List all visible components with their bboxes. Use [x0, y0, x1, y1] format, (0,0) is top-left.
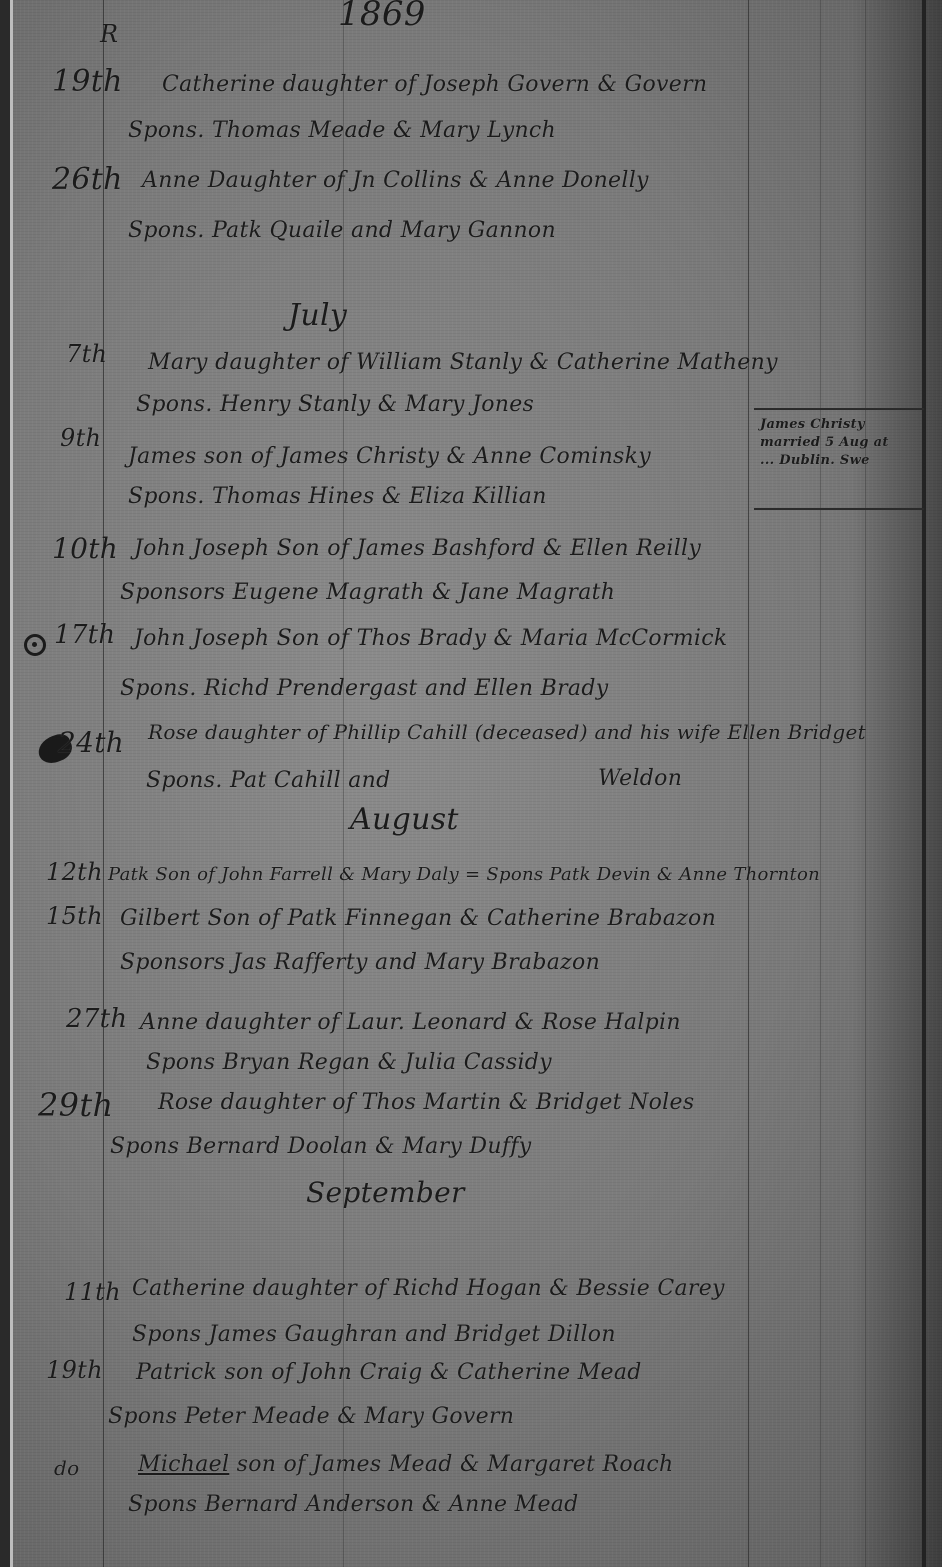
entry-date: 11th: [64, 1278, 121, 1306]
entry-child-name: Michael: [138, 1452, 229, 1477]
entry-text: James son of James Christy & Anne Comins…: [128, 444, 651, 469]
entry-text: Rose daughter of Thos Martin & Bridget N…: [158, 1090, 694, 1115]
month-heading-august: August: [350, 802, 459, 837]
margin-note-text: James Christy married 5 Aug at ... Dubli…: [760, 416, 900, 470]
entry-text: Patk Son of John Farrell & Mary Daly = S…: [108, 864, 820, 885]
entry-text-wrapper: Michael son of James Mead & Margaret Roa…: [138, 1452, 673, 1477]
entry-sponsors: Spons Bernard Anderson & Anne Mead: [128, 1492, 579, 1517]
corner-mark: R: [100, 20, 118, 48]
entry-sponsors: Spons Bryan Regan & Julia Cassidy: [146, 1050, 552, 1075]
entry-text: John Joseph Son of James Bashford & Elle…: [134, 536, 701, 561]
entry-sponsors: Spons. Thomas Hines & Eliza Killian: [128, 484, 547, 509]
page-shadow: [852, 0, 942, 1567]
entry-date: 19th: [46, 1356, 103, 1384]
entry-text: Catherine daughter of Richd Hogan & Bess…: [132, 1276, 725, 1301]
entry-text: son of James Mead & Margaret Roach: [237, 1452, 674, 1477]
entry-text: Mary daughter of William Stanly & Cather…: [148, 350, 778, 375]
column-rule: [748, 0, 749, 1567]
entry-date: 10th: [52, 532, 118, 565]
entry-date: 17th: [54, 620, 115, 650]
entry-text: Anne Daughter of Jn Collins & Anne Donel…: [142, 168, 649, 193]
entry-sponsors: Sponsors Jas Rafferty and Mary Brabazon: [120, 950, 600, 975]
entry-sponsors: Spons. Thomas Meade & Mary Lynch: [128, 118, 556, 143]
entry-sponsors: Spons. Patk Quaile and Mary Gannon: [128, 218, 556, 243]
entry-text: Catherine daughter of Joseph Govern & Go…: [162, 72, 707, 97]
entry-sponsors: Spons. Henry Stanly & Mary Jones: [136, 392, 534, 417]
entry-sponsors: Spons. Pat Cahill and: [146, 768, 391, 793]
entry-text: Patrick son of John Craig & Catherine Me…: [136, 1360, 642, 1385]
entry-sponsors: Spons Bernard Doolan & Mary Duffy: [110, 1134, 531, 1159]
date-column-rule: [103, 0, 104, 1567]
page-binding-edge: [0, 0, 10, 1567]
entry-sponsors: Sponsors Eugene Magrath & Jane Magrath: [120, 580, 615, 605]
entry-date: 9th: [60, 424, 101, 452]
year-heading: 1869: [338, 0, 426, 34]
entry-date: 29th: [38, 1086, 113, 1124]
entry-date: 12th: [46, 858, 103, 886]
entry-date: 24th: [58, 726, 124, 759]
entry-text: John Joseph Son of Thos Brady & Maria Mc…: [134, 626, 728, 651]
entry-date: 7th: [66, 340, 107, 368]
month-heading-september: September: [306, 1176, 465, 1209]
entry-date: do: [54, 1456, 79, 1480]
circle-annotation-icon: [24, 634, 46, 656]
page-edge-highlight: [10, 0, 13, 1567]
month-heading-july: July: [288, 298, 347, 333]
entry-text: Rose daughter of Phillip Cahill (decease…: [148, 720, 866, 744]
margin-note-box: James Christy married 5 Aug at ... Dubli…: [754, 408, 924, 510]
entry-sponsors: Spons James Gaughran and Bridget Dillon: [132, 1322, 616, 1347]
column-rule: [820, 0, 821, 1567]
entry-date: 19th: [52, 64, 123, 99]
entry-date: 27th: [66, 1004, 127, 1034]
register-page: 1869 R 19th Catherine daughter of Joseph…: [0, 0, 942, 1567]
entry-sponsors: Spons. Richd Prendergast and Ellen Brady: [120, 676, 608, 701]
entry-text: Gilbert Son of Patk Finnegan & Catherine…: [120, 906, 716, 931]
entry-date: 26th: [52, 162, 123, 197]
entry-date: 15th: [46, 902, 103, 930]
entry-sponsors-surname: Weldon: [598, 766, 682, 791]
entry-text: Anne daughter of Laur. Leonard & Rose Ha…: [140, 1010, 681, 1035]
entry-sponsors: Spons Peter Meade & Mary Govern: [108, 1404, 514, 1429]
